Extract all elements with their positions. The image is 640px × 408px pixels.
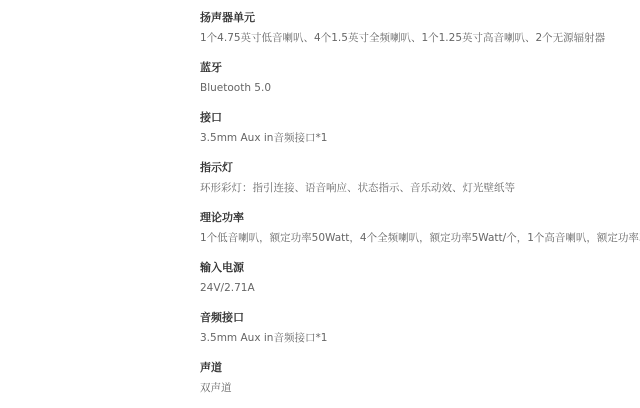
- spec-value: 1个4.75英寸低音喇叭、4个1.5英寸全频喇叭、1个1.25英寸高音喇叭、2个…: [200, 31, 605, 45]
- spec-value: 1个低音喇叭，额定功率50Watt，4个全频喇叭，额定功率5Watt/个，1个高…: [200, 231, 640, 245]
- spec-interface: 接口 3.5mm Aux in音频接口*1: [200, 108, 640, 158]
- spec-label: 声道: [200, 361, 222, 375]
- spec-input-power: 输入电源 24V/2.71A: [200, 258, 640, 308]
- spec-label: 指示灯: [200, 161, 233, 175]
- spec-label: 理论功率: [200, 211, 244, 225]
- spec-speaker-units: 扬声器单元 1个4.75英寸低音喇叭、4个1.5英寸全频喇叭、1个1.25英寸高…: [200, 8, 640, 58]
- spec-list: 扬声器单元 1个4.75英寸低音喇叭、4个1.5英寸全频喇叭、1个1.25英寸高…: [200, 8, 640, 408]
- spec-value: 3.5mm Aux in音频接口*1: [200, 331, 327, 345]
- spec-indicator-light: 指示灯 环形彩灯：指引连接、语音响应、状态指示、音乐动效、灯光壁纸等: [200, 158, 640, 208]
- spec-label: 蓝牙: [200, 61, 222, 75]
- spec-value: 3.5mm Aux in音频接口*1: [200, 131, 327, 145]
- spec-rated-power: 理论功率 1个低音喇叭，额定功率50Watt，4个全频喇叭，额定功率5Watt/…: [200, 208, 640, 258]
- spec-bluetooth: 蓝牙 Bluetooth 5.0: [200, 58, 640, 108]
- spec-value: 双声道: [200, 381, 232, 395]
- spec-label: 扬声器单元: [200, 11, 255, 25]
- spec-channels: 声道 双声道: [200, 358, 640, 408]
- spec-label: 输入电源: [200, 261, 244, 275]
- spec-value: 24V/2.71A: [200, 281, 255, 295]
- spec-label: 接口: [200, 111, 222, 125]
- spec-value: 环形彩灯：指引连接、语音响应、状态指示、音乐动效、灯光壁纸等: [200, 181, 515, 195]
- spec-label: 音频接口: [200, 311, 244, 325]
- spec-value: Bluetooth 5.0: [200, 81, 271, 95]
- spec-audio-interface: 音频接口 3.5mm Aux in音频接口*1: [200, 308, 640, 358]
